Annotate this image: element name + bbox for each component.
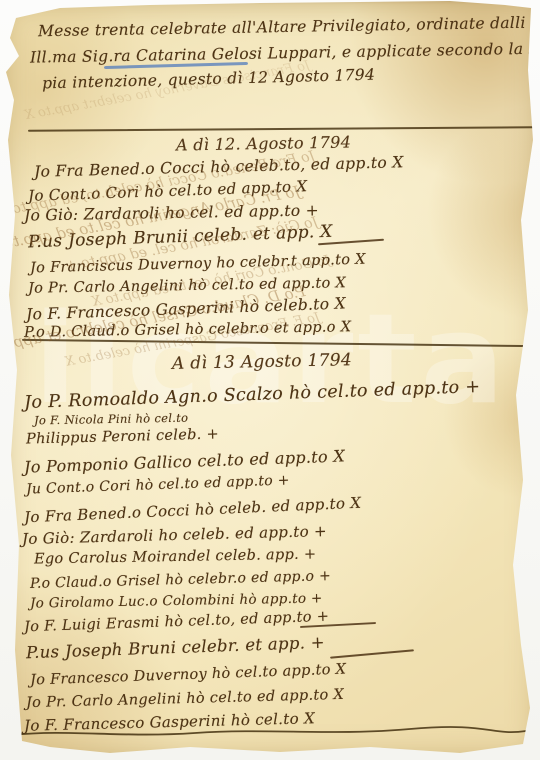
mass-entry-line: Jo Fra Bened.o Cocci hò celeb.to, ed app… [34, 153, 404, 181]
mass-entry-line: Jo Giò: Zardaroli ho cel. ed app.to + [24, 201, 319, 224]
mass-entry-line: Jo Pr. Carlo Angelini hò cel.to ed app.t… [28, 275, 346, 297]
manuscript-photo: ilcarta Messe trenta celebrate all'Altar… [0, 0, 540, 760]
mass-entry-line: Jo Cont.o Cori hò cel.to ed app.to X [28, 177, 308, 205]
mass-entry-line: Jo Pomponio Gallico cel.to ed app.to X [24, 446, 346, 476]
mass-entry-line: Ego Carolus Moirandel celeb. app. + [34, 547, 317, 568]
mass-entry-line: Jo Francesco Duvernoy hò cel.to app.to X [30, 661, 347, 688]
date-heading-2: A dì 13 Agosto 1794 [172, 350, 352, 374]
manuscript-paper: ilcarta Messe trenta celebrate all'Altar… [0, 0, 540, 760]
header-line-3: pia intenzione, questo dì 12 Agosto 1794 [42, 66, 376, 93]
mass-entry-line: Philippus Peroni celeb. + [26, 426, 219, 447]
header-line-2-prefix: Ill.ma Sig.ra [30, 47, 136, 67]
mass-entry-line: Jo Franciscus Duvernoy ho celebr.t app.t… [30, 252, 366, 277]
mass-entry-line: Jo Girolamo Luc.o Colombini hò app.to + [30, 590, 323, 611]
ink-strike [330, 649, 414, 658]
mass-entry-line: Jo F. Nicola Pini hò cel.to [34, 411, 189, 428]
date-heading-1: A dì 12. Agosto 1794 [176, 132, 351, 154]
mass-entry-line: Jo P. Romoaldo Agn.o Scalzo hò cel.to ed… [24, 377, 481, 413]
mass-entry-line: P.o Claud.o Grisel hò celebr.o ed app.o … [30, 568, 331, 592]
header-line-2: Ill.ma Sig.ra Catarina Gelosi Luppari, e… [30, 39, 540, 66]
mass-entry-line: Jo Pr. Carlo Angelini hò cel.to ed app.t… [26, 687, 344, 711]
ink-rule-top [28, 126, 534, 132]
header-line-2-suffix: , e applicate secondo la sua [331, 39, 540, 61]
mass-entry-line: P.us Joseph Bruni celebr. et app. + [26, 633, 325, 662]
mass-entry-line: Jo F. Luigi Erasmi hò cel.to, ed app.to … [24, 609, 330, 636]
header-line-1: Messe trenta celebrate all'Altare Privil… [38, 14, 526, 41]
mass-entry-line: P.us Joseph Brunii celeb. et app. X [28, 222, 333, 253]
mass-entry-line: P.o D. Claud.o Grisel hò celebr.o et app… [24, 319, 352, 341]
mass-entry-line: Ju Cont.o Cori hò cel.to ed app.to + [26, 472, 290, 497]
ink-rule-middle [22, 339, 534, 347]
mass-entry-line: Jo Giò: Zardaroli ho celeb. ed app.to + [22, 522, 327, 548]
